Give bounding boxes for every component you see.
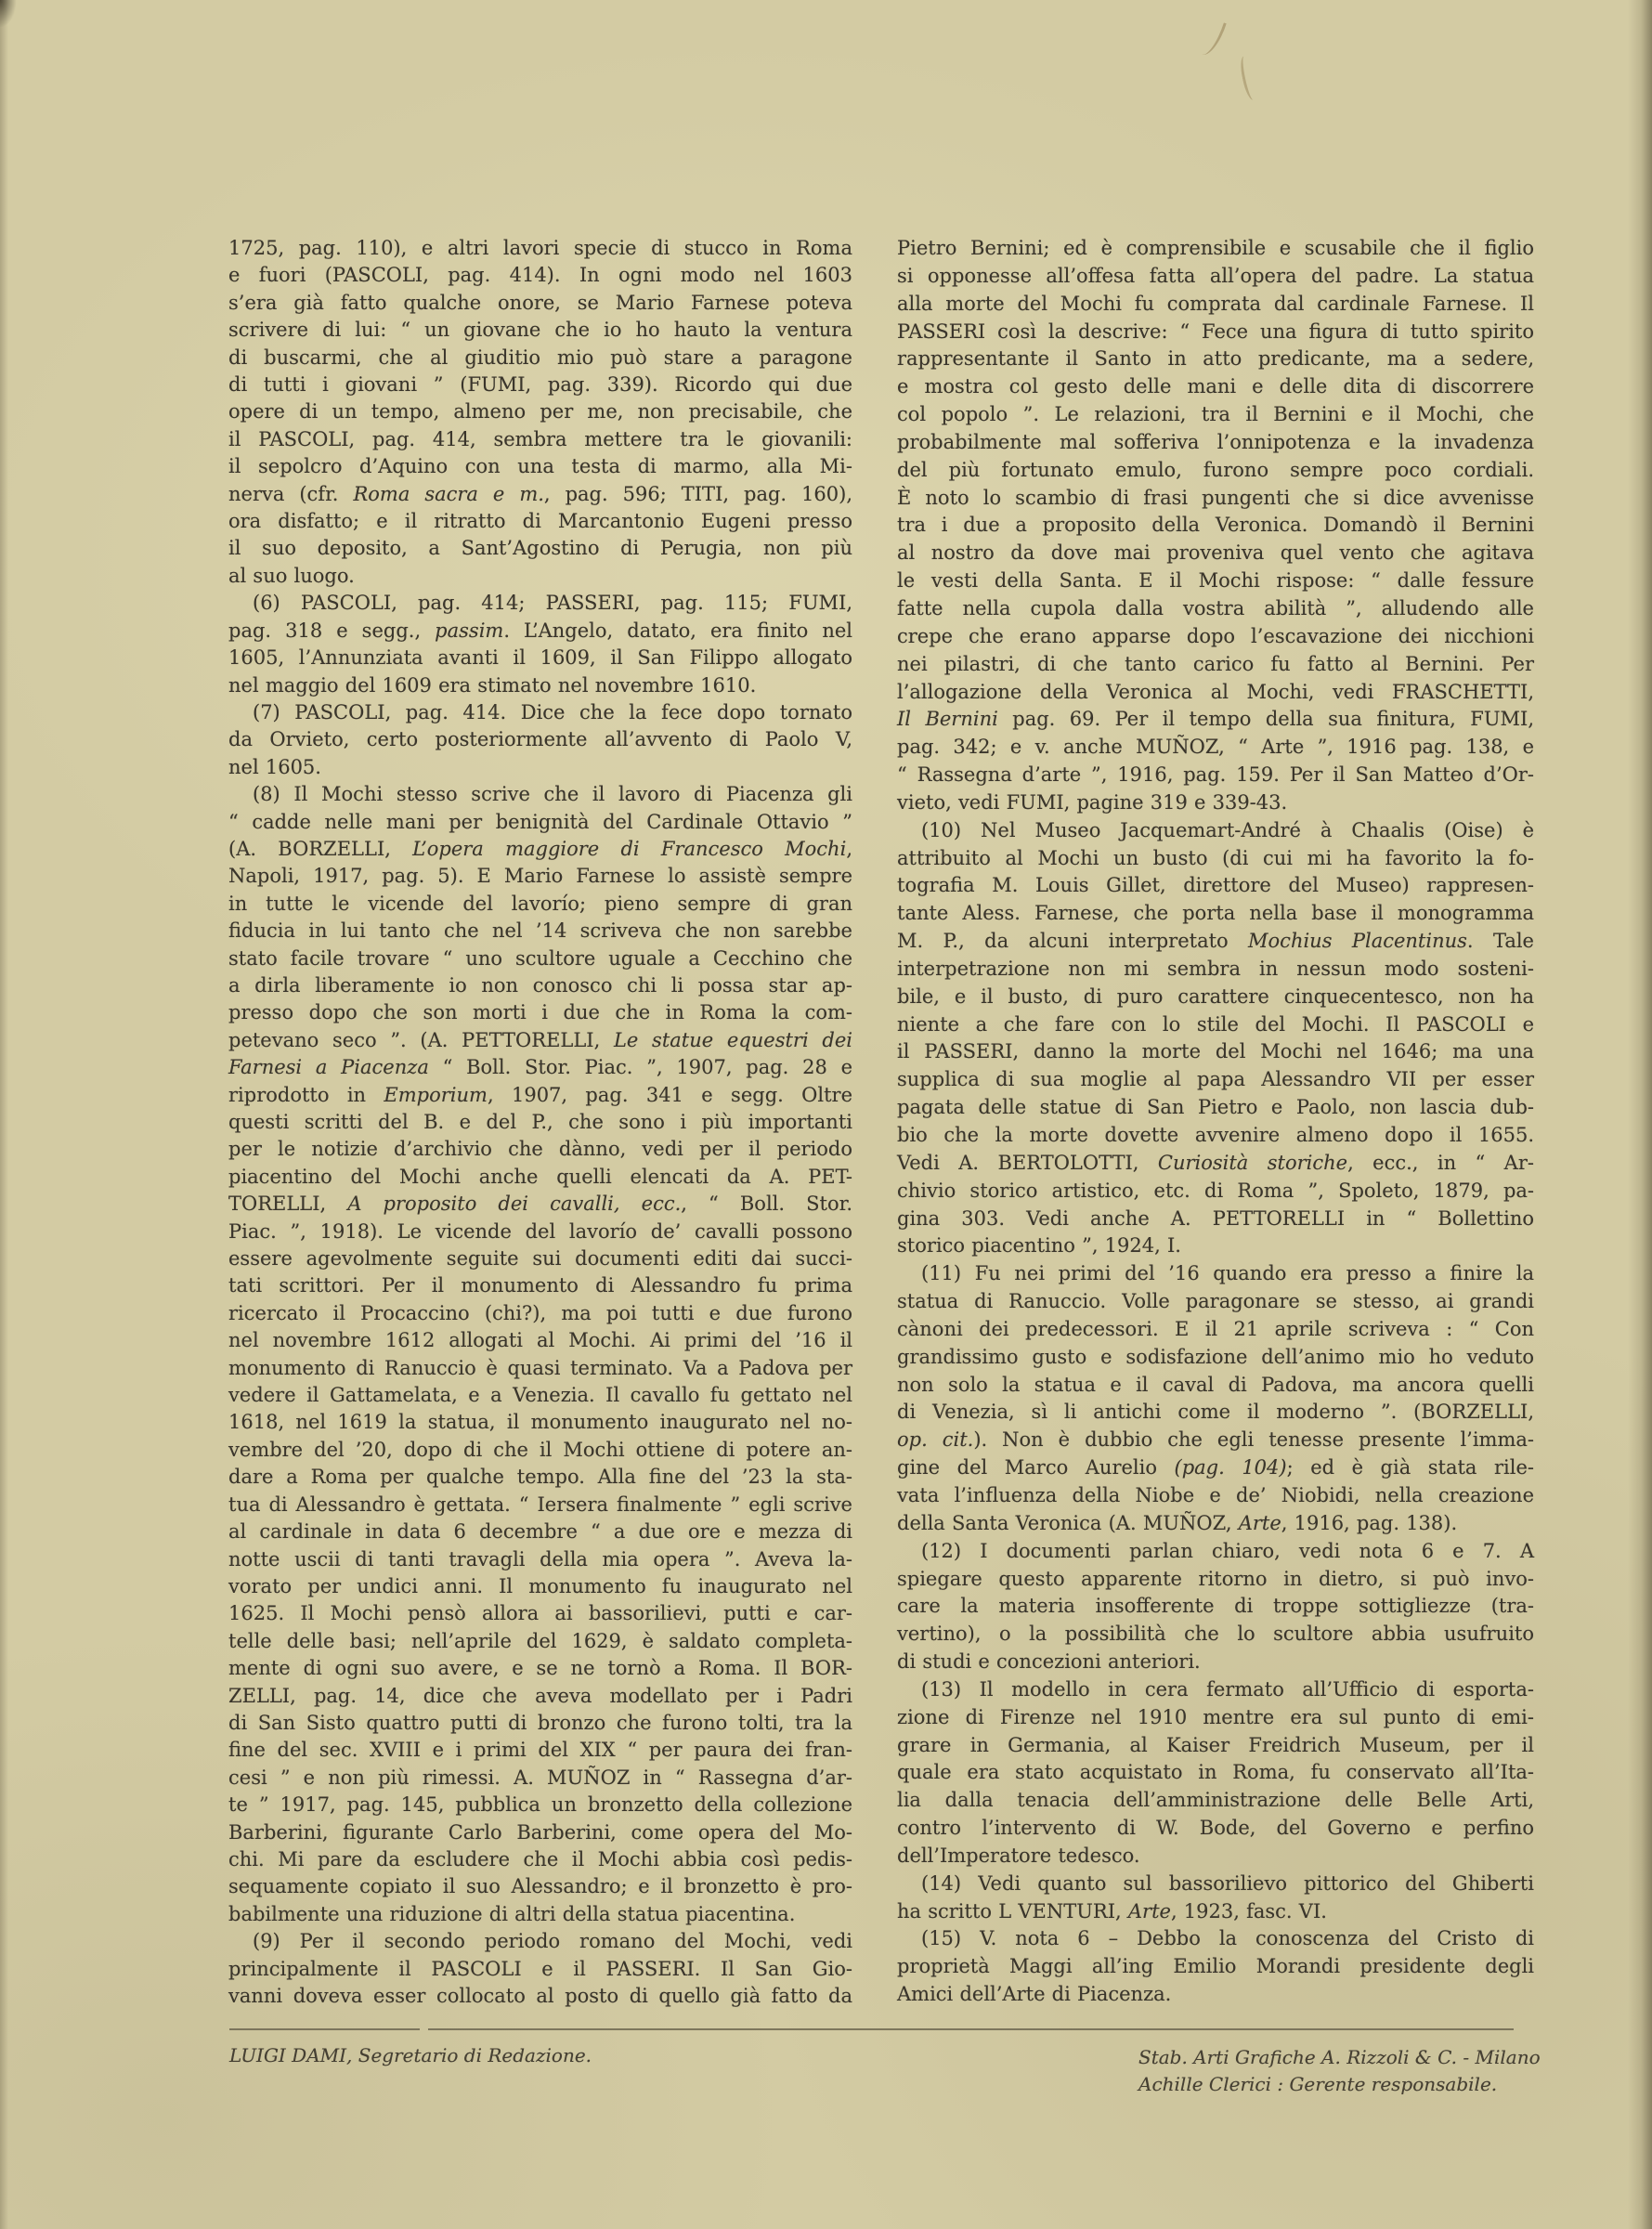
text-line: il suo deposito, a Sant’Agostino di Peru… [228,535,852,562]
text-line: (7) PASCOLI, pag. 414. Dice che la fece … [228,699,852,726]
editor-credit: LUIGI DAMI, Segretario di Redazione. [229,2044,592,2066]
text-line: pag. 342; e v. anche MUÑOZ, “ Arte ”, 19… [897,734,1534,762]
text-line: essere agevolmente seguite sui documenti… [228,1245,852,1272]
text-line: statua di Ranuccio. Volle paragonare se … [897,1288,1534,1316]
text-line: Barberini, figurante Carlo Barberini, co… [228,1819,852,1846]
page-left-edge-shadow [0,0,8,2229]
text-line: vertino), o la possibilità che lo sculto… [897,1621,1534,1649]
text-line: quale era stato acquistato in Roma, fu c… [897,1759,1534,1787]
text-line: Pietro Bernini; ed è comprensibile e scu… [897,235,1534,263]
text-line: vorato per undici anni. Il monumento fu … [228,1573,852,1600]
text-line: il sepolcro d’Aquino con una testa di ma… [228,453,852,480]
text-line: gine del Marco Aurelio (pag. 104); ed è … [897,1454,1534,1482]
text-line: (14) Vedi quanto sul bassorilievo pittor… [897,1871,1534,1898]
text-line: mente di ogni suo avere, e se ne tornò a… [228,1655,852,1682]
text-line: 1605, l’Annunziata avanti il 1609, il Sa… [228,645,852,671]
footnote-paragraph: (12) I documenti parlan chiaro, vedi not… [897,1538,1534,1676]
text-line: (11) Fu nei primi del ’16 quando era pre… [897,1260,1534,1288]
footnote-paragraph: (10) Nel Museo Jacquemart-André à Chaali… [897,817,1534,1261]
text-line: tra i due a proposito della Veronica. Do… [897,512,1534,540]
text-line: care la materia insofferente di troppe s… [897,1593,1534,1621]
text-line: te ” 1917, pag. 145, pubblica un bronzet… [228,1792,852,1818]
text-line: vanni doveva esser collocato al posto di… [228,1983,852,2010]
text-line: TORELLI, A proposito dei cavalli, ecc., … [228,1191,852,1218]
text-line: nel novembre 1612 allogati al Mochi. Ai … [228,1327,852,1354]
text-line: tua di Alessandro è gettata. “ Iersera f… [228,1492,852,1519]
text-line: Napoli, 1917, pag. 5). E Mario Farnese l… [228,863,852,890]
text-line: di Venezia, sì li antichi come il modern… [897,1399,1534,1427]
text-line: bio che la morte dovette avvenire almeno… [897,1122,1534,1150]
text-line: ricercato il Procaccino (chi?), ma poi t… [228,1300,852,1327]
text-line: (13) Il modello in cera fermato all’Uffi… [897,1676,1534,1704]
text-line: ZELLI, pag. 14, dice che aveva modellato… [228,1683,852,1710]
text-line: principalmente il PASCOLI e il PASSERI. … [228,1956,852,1983]
text-line: probabilmente mal sofferiva l’onnipotenz… [897,429,1534,457]
text-line: si opponesse all’offesa fatta all’opera … [897,263,1534,291]
text-line: spiegare questo apparente ritorno in die… [897,1566,1534,1594]
text-line: 1725, pag. 110), e altri lavori specie d… [228,235,852,262]
footnote-paragraph: (9) Per il secondo periodo romano del Mo… [228,1928,852,2010]
text-line: dare a Roma per qualche tempo. Alla fine… [228,1464,852,1491]
text-line: vedere il Gattamelata, e a Venezia. Il c… [228,1382,852,1409]
footnote-paragraph: Pietro Bernini; ed è comprensibile e scu… [897,235,1534,817]
text-line: e fuori (PASCOLI, pag. 414). In ogni mod… [228,262,852,289]
text-line: opere di un tempo, almeno per me, non pr… [228,398,852,425]
text-line: (12) I documenti parlan chiaro, vedi not… [897,1538,1534,1566]
text-line: crepe che erano apparse dopo l’escavazio… [897,623,1534,651]
text-line: il PASCOLI, pag. 414, sembra mettere tra… [228,426,852,453]
text-line: nerva (cfr. Roma sacra e m., pag. 596; T… [228,481,852,508]
footnote-paragraph: (14) Vedi quanto sul bassorilievo pittor… [897,1871,1534,1926]
text-line: al suo luogo. [228,563,852,590]
text-line: s’era già fatto qualche onore, se Mario … [228,290,852,317]
text-line: tante Aless. Farnese, che porta nella ba… [897,900,1534,928]
text-line: del più fortunato emulo, furono sempre p… [897,457,1534,485]
printer-line: Stab. Arti Grafiche A. Rizzoli & C. - Mi… [1138,2044,1541,2071]
text-line: pag. 318 e segg., passim. L’Angelo, data… [228,618,852,645]
text-line: (15) V. nota 6 – Debbo la conoscenza del… [897,1925,1534,1953]
text-line: questi scritti del B. e del P., che sono… [228,1109,852,1136]
text-line: nei pilastri, di che tanto carico fu fat… [897,651,1534,679]
printer-colophon: Stab. Arti Grafiche A. Rizzoli & C. - Mi… [1138,2044,1541,2098]
text-line: (8) Il Mochi stesso scrive che il lavoro… [228,781,852,808]
text-line: stato facile trovare “ uno scultore ugua… [228,945,852,972]
text-line: “ Rassegna d’arte ”, 1916, pag. 159. Per… [897,762,1534,789]
footnote-paragraph: (7) PASCOLI, pag. 414. Dice che la fece … [228,699,852,781]
text-line: petevano seco ”. (A. PETTORELLI, Le stat… [228,1027,852,1054]
text-line: bile, e il busto, di puro carattere cinq… [897,984,1534,1011]
text-line: grare in Germania, al Kaiser Freidrich M… [897,1732,1534,1760]
text-line: nel maggio del 1609 era stimato nel nove… [228,672,852,699]
text-line: grandissimo gusto e sodisfazione dell’an… [897,1344,1534,1372]
text-line: chi. Mi pare da escludere che il Mochi a… [228,1846,852,1873]
text-line: al nostro da dove mai proveniva quel ven… [897,540,1534,567]
text-line: tografia M. Louis Gillet, direttore del … [897,872,1534,900]
text-line: da Orvieto, certo posteriormente all’avv… [228,726,852,753]
text-line: (A. BORZELLI, L’opera maggiore di France… [228,836,852,863]
right-text-column: Pietro Bernini; ed è comprensibile e scu… [897,235,1534,2009]
text-line: dell’Imperatore tedesco. [897,1843,1534,1871]
footnote-paragraph: (8) Il Mochi stesso scrive che il lavoro… [228,781,852,1928]
text-line: notte uscii di tanti travagli della mia … [228,1546,852,1573]
text-line: fiducia in lui tanto che nel ’14 scrivev… [228,918,852,945]
page-right-edge-shadow [1628,0,1652,2229]
text-line: di studi e concezioni anteriori. [897,1649,1534,1676]
text-line: (9) Per il secondo periodo romano del Mo… [228,1928,852,1955]
text-line: le vesti della Santa. E il Mochi rispose… [897,567,1534,595]
text-line: per le notizie d’archivio che dànno, ved… [228,1136,852,1163]
text-line: ora disfatto; e il ritratto di Marcanton… [228,508,852,535]
text-line: sequamente copiato il suo Alessandro; e … [228,1873,852,1900]
text-line: supplica di sua moglie al papa Alessandr… [897,1066,1534,1094]
text-line: della Santa Veronica (A. MUÑOZ, Arte, 19… [897,1510,1534,1538]
text-line: proprietà Maggi all’ing Emilio Morandi p… [897,1953,1534,1981]
text-line: scrivere di lui: “ un giovane che io ho … [228,317,852,344]
scanned-journal-page: 1725, pag. 110), e altri lavori specie d… [0,0,1652,2229]
text-line: È noto lo scambio di frasi pungenti che … [897,485,1534,513]
text-line: il PASSERI, danno la morte del Mochi nel… [897,1038,1534,1066]
text-line: nel 1605. [228,754,852,781]
text-line: op. cit.). Non è dubbio che egli tenesse… [897,1427,1534,1454]
text-line: col popolo ”. Le relazioni, tra il Berni… [897,401,1534,429]
footer-divider-rule [229,2028,1514,2030]
footnote-paragraph: (13) Il modello in cera fermato all’Uffi… [897,1676,1534,1871]
text-line: lia dalla tenacia dell’amministrazione d… [897,1787,1534,1815]
text-line: l’allogazione della Veronica al Mochi, v… [897,679,1534,707]
scan-scratch-mark [1238,55,1259,101]
text-line: “ cadde nelle mani per benignità del Car… [228,809,852,836]
text-line: di buscarmi, che al giuditio mio può sta… [228,345,852,371]
text-line: (10) Nel Museo Jacquemart-André à Chaali… [897,817,1534,845]
text-line: al cardinale in data 6 decembre “ a due … [228,1519,852,1545]
left-text-column: 1725, pag. 110), e altri lavori specie d… [228,235,852,2010]
text-line: non solo la statua e il caval di Padova,… [897,1372,1534,1400]
text-line: contro l’intervento di W. Bode, del Gove… [897,1815,1534,1843]
text-line: 1625. Il Mochi pensò allora ai bassorili… [228,1600,852,1627]
footnote-paragraph: (6) PASCOLI, pag. 414; PASSERI, pag. 115… [228,590,852,699]
text-line: (6) PASCOLI, pag. 414; PASSERI, pag. 115… [228,590,852,617]
text-line: chivio storico artistico, etc. di Roma ”… [897,1178,1534,1206]
text-line: piacentino del Mochi anche quelli elenca… [228,1164,852,1191]
text-line: storico piacentino ”, 1924, I. [897,1232,1534,1260]
text-line: di San Sisto quattro putti di bronzo che… [228,1710,852,1737]
text-line: tati scrittori. Per il monumento di Ales… [228,1272,852,1299]
text-line: cesi ” e non più rimessi. A. MUÑOZ in “ … [228,1765,852,1792]
text-line: riprodotto in Emporium, 1907, pag. 341 e… [228,1082,852,1109]
text-line: fatte nella cupola dalla vostra abilità … [897,595,1534,623]
text-line: babilmente una riduzione di altri della … [228,1901,852,1928]
text-line: vembre del ’20, dopo di che il Mochi ott… [228,1437,852,1464]
text-line: di tutti i giovani ” (FUMI, pag. 339). R… [228,371,852,398]
text-line: 1618, nel 1619 la statua, il monumento i… [228,1409,852,1436]
text-line: gina 303. Vedi anche A. PETTORELLI in “ … [897,1206,1534,1233]
text-line: pagata delle statue di San Pietro e Paol… [897,1094,1534,1122]
scan-scratch-mark [1202,20,1227,59]
text-line: ha scritto L VENTURI, Arte, 1923, fasc. … [897,1898,1534,1926]
text-line: attribuito al Mochi un busto (di cui mi … [897,845,1534,873]
footnote-paragraph: (15) V. nota 6 – Debbo la conoscenza del… [897,1925,1534,2009]
text-line: Piac. ”, 1918). Le vicende del lavorío d… [228,1219,852,1245]
text-line: interpetrazione non mi sembra in nessun … [897,956,1534,984]
text-line: Il Bernini pag. 69. Per il tempo della s… [897,706,1534,734]
text-line: vata l’influenza della Niobe e de’ Niobi… [897,1482,1534,1510]
text-line: Amici dell’Arte di Piacenza. [897,1981,1534,2009]
text-line: rappresentante il Santo in atto predican… [897,345,1534,373]
text-line: niente a che fare con lo stile del Mochi… [897,1011,1534,1039]
text-line: a dirla liberamente io non conosco chi l… [228,972,852,999]
footnote-paragraph: 1725, pag. 110), e altri lavori specie d… [228,235,852,590]
text-line: monumento di Ranuccio è quasi terminato.… [228,1355,852,1382]
text-line: PASSERI così la descrive: “ Fece una fig… [897,319,1534,346]
printer-line: Achille Clerici : Gerente responsabile. [1138,2071,1541,2098]
text-line: M. P., da alcuni interpretato Mochius Pl… [897,928,1534,956]
text-line: alla morte del Mochi fu comprata dal car… [897,291,1534,319]
text-line: presso dopo che son morti i due che in R… [228,999,852,1026]
text-line: e mostra col gesto delle mani e delle di… [897,373,1534,401]
text-line: zione di Firenze nel 1910 mentre era sul… [897,1704,1534,1732]
text-line: fine del sec. XVIII e i primi del XIX “ … [228,1737,852,1764]
text-line: cànoni dei predecessori. E il 21 aprile … [897,1316,1534,1344]
text-line: Farnesi a Piacenza “ Boll. Stor. Piac. ”… [228,1054,852,1081]
text-line: vieto, vedi FUMI, pagine 319 e 339-43. [897,789,1534,817]
text-line: in tutte le vicende del lavorío; pieno s… [228,891,852,918]
text-line: Vedi A. BERTOLOTTI, Curiosità storiche, … [897,1150,1534,1178]
text-line: telle delle basi; nell’aprile del 1629, … [228,1628,852,1655]
footnote-paragraph: (11) Fu nei primi del ’16 quando era pre… [897,1260,1534,1537]
